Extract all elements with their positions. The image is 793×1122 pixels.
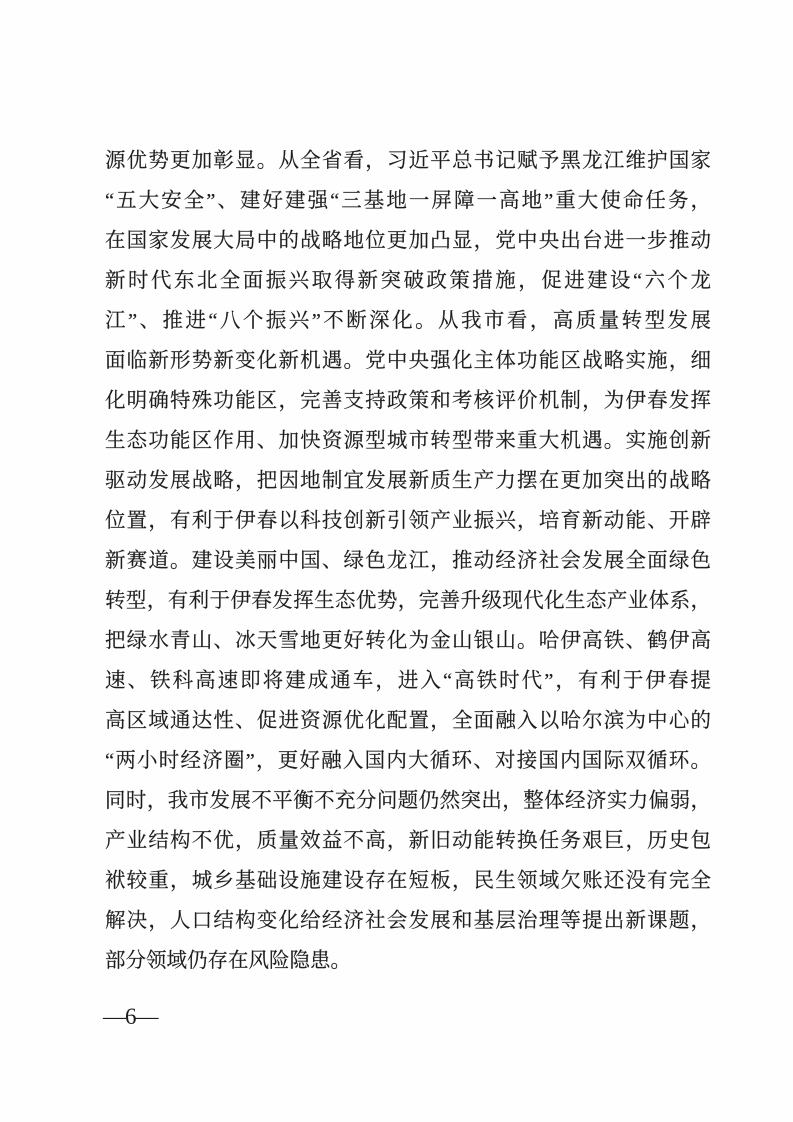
text-line: 产业结构不优，质量效益不高，新旧动能转换任务艰巨，历史包 [105, 821, 711, 861]
text-line: “五大安全”、建好建强“三基地一屏障一高地”重大使命任务， [105, 181, 711, 221]
text-line: 源优势更加彰显。从全省看，习近平总书记赋予黑龙江维护国家 [105, 141, 711, 181]
text-line: 在国家发展大局中的战略地位更加凸显，党中央出台进一步推动 [105, 221, 711, 261]
text-line: 江”、推进“八个振兴”不断深化。从我市看，高质量转型发展 [105, 301, 711, 341]
text-line: 新赛道。建设美丽中国、绿色龙江，推动经济社会发展全面绿色 [105, 541, 711, 581]
text-line: 生态功能区作用、加快资源型城市转型带来重大机遇。实施创新 [105, 421, 711, 461]
text-line: 驱动发展战略，把因地制宜发展新质生产力摆在更加突出的战略 [105, 461, 711, 501]
document-page: 源优势更加彰显。从全省看，习近平总书记赋予黑龙江维护国家“五大安全”、建好建强“… [0, 0, 793, 1122]
page-number: —6— [103, 1000, 158, 1034]
text-line: 同时，我市发展不平衡不充分问题仍然突出，整体经济实力偏弱， [105, 781, 711, 821]
text-line: 解决，人口结构变化给经济社会发展和基层治理等提出新课题， [105, 901, 711, 941]
text-line: 部分领域仍存在风险隐患。 [105, 941, 711, 981]
text-line: 把绿水青山、冰天雪地更好转化为金山银山。哈伊高铁、鹤伊高 [105, 621, 711, 661]
text-line: 位置，有利于伊春以科技创新引领产业振兴，培育新动能、开辟 [105, 501, 711, 541]
text-line: 速、铁科高速即将建成通车，进入“高铁时代”，有利于伊春提 [105, 661, 711, 701]
text-line: 面临新形势新变化新机遇。党中央强化主体功能区战略实施，细 [105, 341, 711, 381]
text-block: 源优势更加彰显。从全省看，习近平总书记赋予黑龙江维护国家“五大安全”、建好建强“… [105, 141, 711, 981]
text-line: 转型，有利于伊春发挥生态优势，完善升级现代化生态产业体系， [105, 581, 711, 621]
text-line: 化明确特殊功能区，完善支持政策和考核评价机制，为伊春发挥 [105, 381, 711, 421]
text-line: “两小时经济圈”，更好融入国内大循环、对接国内国际双循环。 [105, 741, 711, 781]
text-line: 袱较重，城乡基础设施建设存在短板，民生领域欠账还没有完全 [105, 861, 711, 901]
text-line: 高区域通达性、促进资源优化配置，全面融入以哈尔滨为中心的 [105, 701, 711, 741]
text-line: 新时代东北全面振兴取得新突破政策措施，促进建设“六个龙 [105, 261, 711, 301]
